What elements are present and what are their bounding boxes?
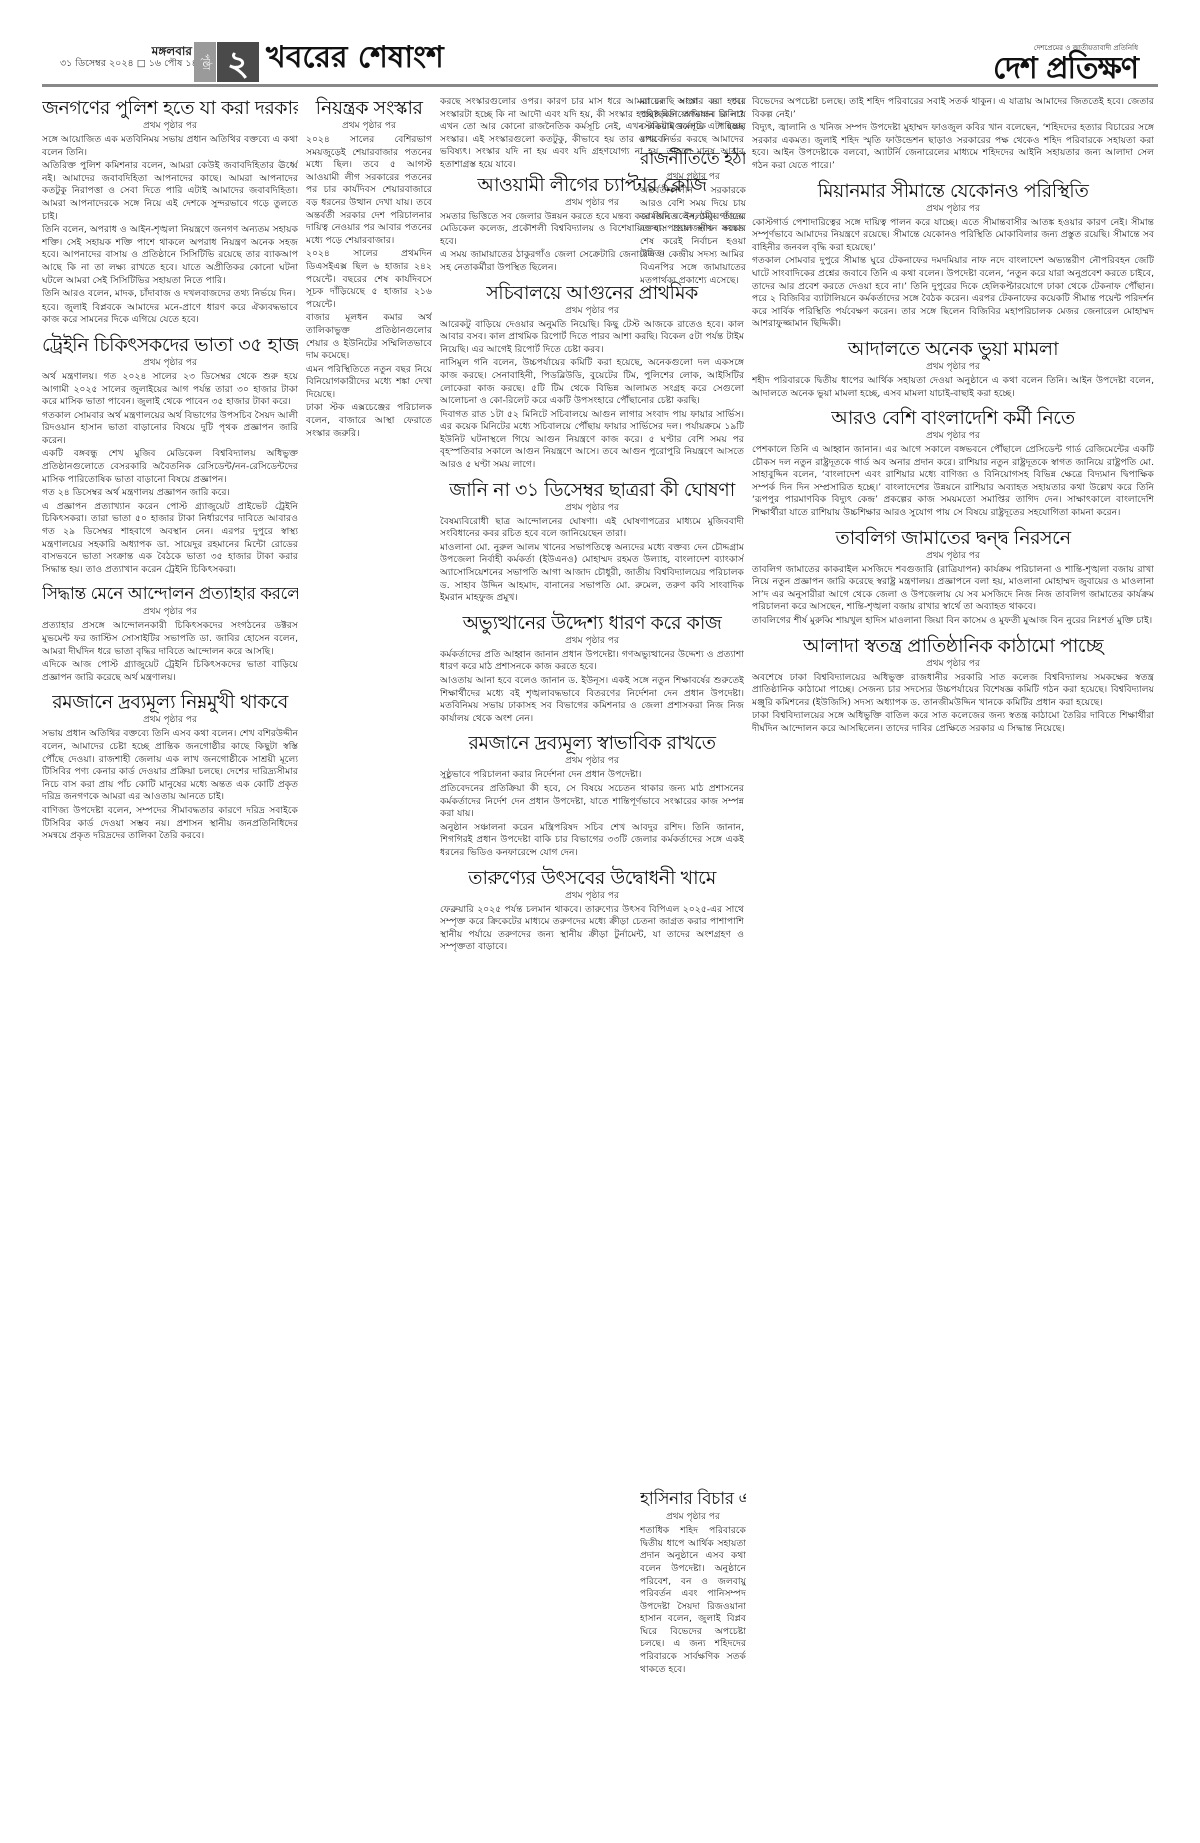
article-headline: ট্রেইনি চিকিৎসকদের ভাতা ৩৫ হাজার bbox=[42, 333, 298, 357]
page-tag: পৃষ্ঠা bbox=[194, 42, 216, 82]
article-headline: রাজনীতিতে হঠাৎ bbox=[640, 147, 746, 171]
article-seven-colleges: আলাদা স্বতন্ত্র প্রাতিষ্ঠানিক কাঠামো পাচ… bbox=[752, 634, 1154, 736]
paragraph: পেশকালে তিনি এ আহ্বান জানান। এর আগে সকাল… bbox=[752, 444, 1154, 520]
article-headline: সিদ্ধান্ত মেনে আন্দোলন প্রত্যাহার করলেন bbox=[42, 582, 298, 606]
jump-label: প্রথম পৃষ্ঠার পর bbox=[752, 361, 1154, 373]
article-body: তাবলিগ জামাতের কাকরাইল মসজিদে শবগুজারি (… bbox=[752, 564, 1154, 628]
jump-label: প্রথম পৃষ্ঠার পর bbox=[306, 120, 432, 132]
paragraph: তিনি বলেন, অপরাধ ও আইন-শৃঙ্খলা নিয়ন্ত্র… bbox=[42, 224, 298, 287]
paragraph: অন্তর্বর্তীকালীন সরকারকে আরও বেশি সময় দ… bbox=[640, 185, 746, 261]
paragraph: গত ২৪ ডিসেম্বর অর্থ মন্ত্রণালয় প্রজ্ঞাপ… bbox=[42, 487, 298, 500]
paragraph: তাবলিগের শীর্ষ মুরুব্বি শায়খুল হাদিস মা… bbox=[752, 615, 1154, 628]
article-body: অন্তর্বর্তীকালীন সরকারকে আরও বেশি সময় দ… bbox=[640, 185, 746, 287]
column-5: বিভেদের অপচেষ্টা চলছে। তাই শহিদ পরিবারের… bbox=[752, 96, 1154, 1836]
article-tablighi-conflict: তাবলিগ জামাতের দ্বন্দ্ব নিরসনে প্রথম পৃষ… bbox=[752, 526, 1154, 628]
paragraph: বিদ্যুৎ, জ্বালানি ও খনিজ সম্পদ উপদেষ্টা … bbox=[752, 122, 1154, 172]
article-headline: আরও বেশি বাংলাদেশি কর্মী নিতে bbox=[752, 406, 1154, 430]
newspaper-logo: দেশপ্রেমের ও জাতীয়তাবাদী প্রতিনিধি দেশ … bbox=[993, 44, 1138, 85]
jump-label: প্রথম পৃষ্ঠার পর bbox=[752, 550, 1154, 562]
article-body: শহীদ পরিবারকে দ্বিতীয় ধাপের আর্থিক সহায… bbox=[752, 375, 1154, 400]
article-body: সঙ্গে আয়োজিত এক মতবিনিময় সভায় প্রধান … bbox=[42, 134, 298, 327]
article-body: সভায় প্রধান অতিথির বক্তব্যে তিনি এসব কথ… bbox=[42, 728, 298, 842]
article-headline: হাসিনার বিচার এ bbox=[640, 1487, 746, 1511]
article-trainee-doctors: ট্রেইনি চিকিৎসকদের ভাতা ৩৫ হাজার প্রথম প… bbox=[42, 333, 298, 577]
jump-label: প্রথম পৃষ্ঠার পর bbox=[42, 714, 298, 726]
jump-label: প্রথম পৃষ্ঠার পর bbox=[42, 357, 298, 369]
article-headline: জনগণের পুলিশ হতে যা করা দরকার তা bbox=[42, 96, 298, 120]
jump-label: প্রথম পৃষ্ঠার পর bbox=[42, 606, 298, 618]
jump-label: প্রথম পৃষ্ঠার পর bbox=[752, 658, 1154, 670]
article-body: ২০২৪ সালের বেশিরভাগ সময়জুড়েই শেয়ারবাজ… bbox=[306, 134, 432, 440]
paragraph: এ প্রজ্ঞাপন প্রত্যাখ্যান করেন পোস্ট গ্র্… bbox=[42, 501, 298, 577]
header-rule bbox=[42, 84, 1158, 87]
article-body: বিভেদের অপচেষ্টা চলছে। তাই শহিদ পরিবারের… bbox=[752, 96, 1154, 173]
article-bangladeshi-workers: আরও বেশি বাংলাদেশি কর্মী নিতে প্রথম পৃষ্… bbox=[752, 406, 1154, 520]
paragraph: বাণিজ্য উপদেষ্টা বলেন, সম্পদের সীমাবদ্ধত… bbox=[42, 805, 298, 843]
paragraph: শহীদ পরিবারকে দ্বিতীয় ধাপের আর্থিক সহায… bbox=[752, 375, 1154, 400]
article-fake-cases: আদালতে অনেক ভুয়া মামলা প্রথম পৃষ্ঠার পর… bbox=[752, 337, 1154, 400]
article-headline: রমজানে দ্রব্যমূল্য নিম্নমুখী থাকবে bbox=[42, 690, 298, 714]
paragraph: গতকাল সোমবার দুপুরে সীমান্ত ঘুরে টেকনাফে… bbox=[752, 255, 1154, 331]
paragraph: বিএনপির সঙ্গে জামায়াতের মতপার্থক্য প্রক… bbox=[640, 262, 746, 287]
article-headline: তাবলিগ জামাতের দ্বন্দ্ব নিরসনে bbox=[752, 526, 1154, 550]
article-ramadan-prices-low: রমজানে দ্রব্যমূল্য নিম্নমুখী থাকবে প্রথম… bbox=[42, 690, 298, 842]
paragraph: বাজার মূলধন কমার অর্থ তালিকাভুক্ত প্রতিষ… bbox=[306, 312, 432, 362]
column-2: নিয়ন্ত্রক সংস্কার প্রথম পৃষ্ঠার পর ২০২৪… bbox=[306, 96, 432, 1836]
article-headline: আলাদা স্বতন্ত্র প্রাতিষ্ঠানিক কাঠামো পাচ… bbox=[752, 634, 1154, 658]
paragraph: তাবলিগ জামাতের কাকরাইল মসজিদে শবগুজারি (… bbox=[752, 564, 1154, 614]
paragraph: ম্যাচের আগে ও পরে পরিচ্ছন্নতা অভিযান চাল… bbox=[640, 96, 746, 146]
jump-label: প্রথম পৃষ্ঠার পর bbox=[42, 120, 298, 132]
paragraph: এমন পরিস্থিতিতে নতুন বছর নিয়ে বিনিয়োগক… bbox=[306, 364, 432, 402]
article-headline: আদালতে অনেক ভুয়া মামলা bbox=[752, 337, 1154, 361]
paragraph: অতিরিক্ত পুলিশ কমিশনার বলেন, আমরা কেউই জ… bbox=[42, 160, 298, 223]
article-body: কোস্টগার্ড পেশাদারিত্বের সঙ্গে দায়িত্ব … bbox=[752, 217, 1154, 331]
paragraph: ঢাকা স্টক এক্সচেঞ্জের পরিচালক বলেন, বাজা… bbox=[306, 402, 432, 440]
jump-label: প্রথম পৃষ্ঠার পর bbox=[640, 1511, 746, 1523]
column-1: জনগণের পুলিশ হতে যা করা দরকার তা প্রথম প… bbox=[42, 96, 298, 1836]
article-body: ম্যাচের আগে ও পরে পরিচ্ছন্নতা অভিযান চাল… bbox=[640, 96, 746, 146]
issue-date: ৩১ ডিসেম্বর ২০২৪ □ ১৬ পৌষ ১৪৩১ bbox=[60, 58, 192, 70]
article-politics-sudden: ম্যাচের আগে ও পরে পরিচ্ছন্নতা অভিযান চাল… bbox=[640, 96, 746, 287]
article-body: অবশেষে ঢাকা বিশ্ববিদ্যালয়ের অধিভুক্ত রা… bbox=[752, 672, 1154, 736]
paragraph: এদিকে আজ পোস্ট গ্র্যাজুয়েট ট্রেইনি চিকি… bbox=[42, 659, 298, 684]
jump-label: প্রথম পৃষ্ঠার পর bbox=[640, 171, 746, 183]
jump-label: প্রথম পৃষ্ঠার পর bbox=[752, 430, 1154, 442]
masthead: মঙ্গলবার ৩১ ডিসেম্বর ২০২৪ □ ১৬ পৌষ ১৪৩১ … bbox=[0, 0, 1200, 80]
article-body: অর্থ মন্ত্রণালয়। গত ২০২৪ সালের ২৩ ডিসেম… bbox=[42, 371, 298, 577]
page-number: ২ bbox=[217, 42, 259, 82]
logo-name: দেশ প্রতিক্ষণ bbox=[993, 53, 1138, 85]
article-body: প্রত্যাহার প্রসঙ্গে আন্দোলনকারী চিকিৎসকদ… bbox=[42, 620, 298, 684]
article-headline: মিয়ানমার সীমান্তে যেকোনও পরিস্থিতি bbox=[752, 179, 1154, 203]
paragraph: হবে। জুলাই বিপ্লবকে আমাদের মনে-প্রাণে ধা… bbox=[42, 302, 298, 327]
paragraph: সঙ্গে আয়োজিত এক মতবিনিময় সভায় প্রধান … bbox=[42, 134, 298, 159]
paragraph: বিভেদের অপচেষ্টা চলছে। তাই শহিদ পরিবারের… bbox=[752, 96, 1154, 121]
jump-label: প্রথম পৃষ্ঠার পর bbox=[752, 203, 1154, 215]
paragraph: সভায় প্রধান অতিথির বক্তব্যে তিনি এসব কথ… bbox=[42, 728, 298, 804]
article-body: পেশকালে তিনি এ আহ্বান জানান। এর আগে সকাল… bbox=[752, 444, 1154, 520]
article-martyrs-continued: বিভেদের অপচেষ্টা চলছে। তাই শহিদ পরিবারের… bbox=[752, 96, 1154, 173]
paragraph: গতকাল সোমবার অর্থ মন্ত্রণালয়ের অর্থ বিভ… bbox=[42, 410, 298, 448]
paragraph: ২০২৪ সালের প্রথমদিন ডিএসইএক্স ছিল ৬ হাজা… bbox=[306, 248, 432, 311]
paragraph: ২০২৪ সালের বেশিরভাগ সময়জুড়েই শেয়ারবাজ… bbox=[306, 134, 432, 247]
article-headline: নিয়ন্ত্রক সংস্কার bbox=[306, 96, 432, 120]
article-body: শতাধিক শহিদ পরিবারকে দ্বিতীয় ধাপে আর্থি… bbox=[640, 1525, 746, 1676]
section-title: খবরের শেষাংশ bbox=[266, 40, 444, 76]
paragraph: শতাধিক শহিদ পরিবারকে দ্বিতীয় ধাপে আর্থি… bbox=[640, 1525, 746, 1676]
issue-date-block: মঙ্গলবার ৩১ ডিসেম্বর ২০২৪ □ ১৬ পৌষ ১৪৩১ bbox=[60, 44, 192, 70]
issue-day: মঙ্গলবার bbox=[60, 44, 192, 58]
article-police: জনগণের পুলিশ হতে যা করা দরকার তা প্রথম প… bbox=[42, 96, 298, 327]
article-myanmar-border: মিয়ানমার সীমান্তে যেকোনও পরিস্থিতি প্রথ… bbox=[752, 179, 1154, 331]
paragraph: প্রত্যাহার প্রসঙ্গে আন্দোলনকারী চিকিৎসকদ… bbox=[42, 620, 298, 658]
paragraph: তিনি আরও বলেন, মাদক, চাঁদাবাজ ও দখলবাজদে… bbox=[42, 288, 298, 301]
paragraph: একটি বঙ্গবন্ধু শেখ মুজিব মেডিকেল বিশ্ববি… bbox=[42, 448, 298, 486]
paragraph: অর্থ মন্ত্রণালয়। গত ২০২৪ সালের ২৩ ডিসেম… bbox=[42, 371, 298, 409]
column-4: ম্যাচের আগে ও পরে পরিচ্ছন্নতা অভিযান চাল… bbox=[640, 96, 746, 1836]
article-regulator-reform: নিয়ন্ত্রক সংস্কার প্রথম পৃষ্ঠার পর ২০২৪… bbox=[306, 96, 432, 440]
paragraph: ঢাকা বিশ্ববিদ্যালয়ের সঙ্গে অধিভুক্তি বা… bbox=[752, 710, 1154, 735]
article-movement-withdrawn: সিদ্ধান্ত মেনে আন্দোলন প্রত্যাহার করলেন … bbox=[42, 582, 298, 684]
article-hasina-trial: হাসিনার বিচার এ প্রথম পৃষ্ঠার পর শতাধিক … bbox=[640, 1487, 746, 1676]
paragraph: অবশেষে ঢাকা বিশ্ববিদ্যালয়ের অধিভুক্ত রা… bbox=[752, 672, 1154, 710]
paragraph: কোস্টগার্ড পেশাদারিত্বের সঙ্গে দায়িত্ব … bbox=[752, 217, 1154, 255]
